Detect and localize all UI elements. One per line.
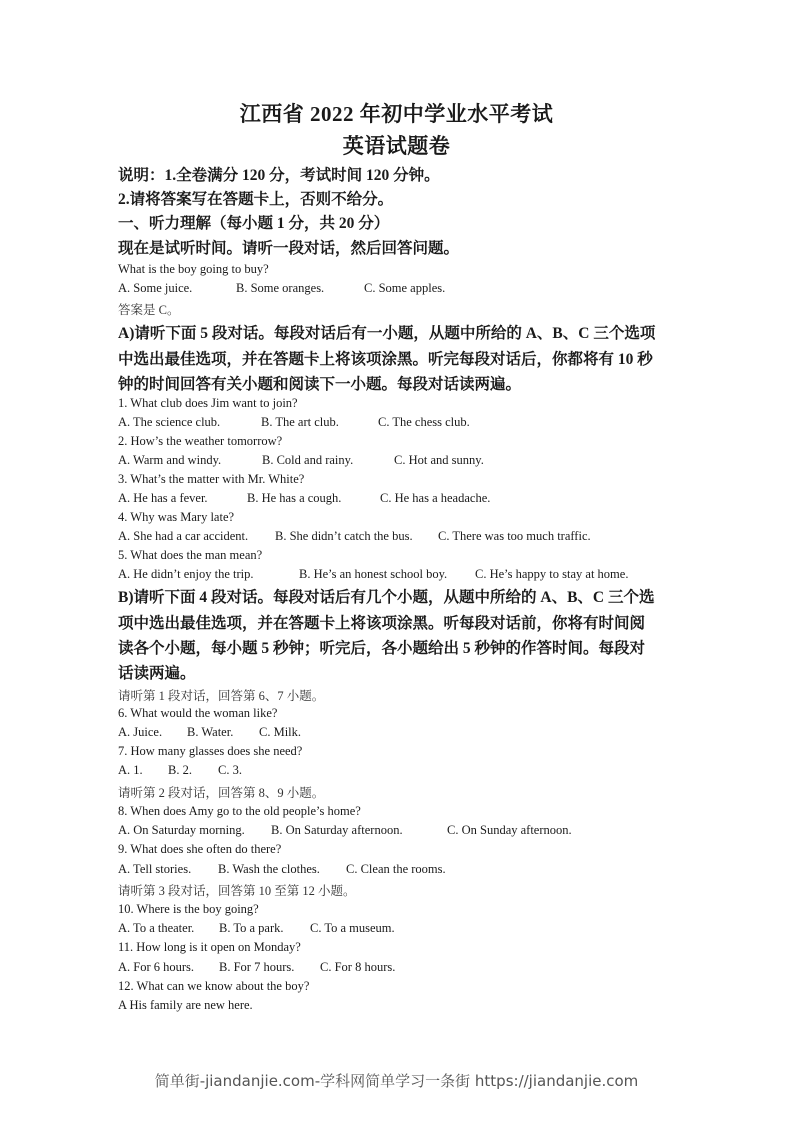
option-a: A. On Saturday morning.: [118, 823, 271, 838]
option-b: B. Wash the clothes.: [218, 862, 346, 877]
part-b-instruction-1: B)请听下面 4 段对话。每段对话后有几个小题，从题中所给的 A、B、C 三个选: [118, 585, 654, 607]
option-a: A. Juice.: [118, 725, 187, 740]
option-b: B. Cold and rainy.: [262, 453, 394, 468]
option-b: B. On Saturday afternoon.: [271, 823, 447, 838]
option-a: A. He didn’t enjoy the trip.: [118, 567, 299, 582]
question-4: 4. Why was Mary late?: [118, 510, 234, 525]
example-answer: 答案是 C。: [118, 300, 179, 318]
section-heading: 一、听力理解（每小题 1 分，共 20 分）: [118, 211, 389, 233]
example-question: What is the boy going to buy?: [118, 262, 269, 277]
option-b: B. 2.: [168, 763, 218, 778]
option-c: C. Hot and sunny.: [394, 453, 484, 468]
note-1: 说明：1.全卷满分 120 分，考试时间 120 分钟。: [118, 163, 440, 185]
exam-subtitle: 英语试题卷: [0, 130, 793, 160]
part-a-instruction-2: 中选出最佳选项，并在答题卡上将该项涂黑。听完每段对话后，你都将有 10 秒: [118, 347, 653, 369]
option-c: C. 3.: [218, 763, 242, 778]
option-c: C. The chess club.: [378, 415, 470, 430]
question-8: 8. When does Amy go to the old people’s …: [118, 804, 361, 819]
option-c: C. Clean the rooms.: [346, 862, 446, 877]
question-4-options: A. She had a car accident.B. She didn’t …: [118, 529, 591, 544]
option-a: A. Warm and windy.: [118, 453, 262, 468]
option-c: C. There was too much traffic.: [438, 529, 591, 544]
option-b: B. To a park.: [219, 921, 310, 936]
option-a: A. For 6 hours.: [118, 960, 219, 975]
option-a: A. Some juice.: [118, 281, 236, 296]
trial-instruction: 现在是试听时间。请听一段对话，然后回答问题。: [118, 236, 459, 258]
option-c: C. He has a headache.: [380, 491, 490, 506]
question-3: 3. What’s the matter with Mr. White?: [118, 472, 304, 487]
question-9-options: A. Tell stories.B. Wash the clothes.C. C…: [118, 862, 446, 877]
option-a: A. She had a car accident.: [118, 529, 275, 544]
question-10-options: A. To a theater.B. To a park.C. To a mus…: [118, 921, 395, 936]
option-c: C. To a museum.: [310, 921, 395, 936]
option-b: B. He has a cough.: [247, 491, 380, 506]
option-c: C. He’s happy to stay at home.: [475, 567, 628, 582]
option-a: A. He has a fever.: [118, 491, 247, 506]
question-9: 9. What does she often do there?: [118, 842, 281, 857]
part-a-instruction-1: A)请听下面 5 段对话。每段对话后有一小题，从题中所给的 A、B、C 三个选项: [118, 321, 655, 343]
example-options: A. Some juice.B. Some oranges.C. Some ap…: [118, 281, 445, 296]
question-2: 2. How’s the weather tomorrow?: [118, 434, 282, 449]
question-2-options: A. Warm and windy.B. Cold and rainy.C. H…: [118, 453, 484, 468]
option-c: C. For 8 hours.: [320, 960, 395, 975]
part-b-instruction-3: 读各个小题，每小题 5 秒钟；听完后，各小题给出 5 秒钟的作答时间。每段对: [118, 636, 645, 658]
question-10: 10. Where is the boy going?: [118, 902, 259, 917]
option-b: B. She didn’t catch the bus.: [275, 529, 438, 544]
option-b: B. For 7 hours.: [219, 960, 320, 975]
question-7: 7. How many glasses does she need?: [118, 744, 302, 759]
question-12-option-a: A His family are new here.: [118, 998, 253, 1013]
option-b: B. He’s an honest school boy.: [299, 567, 475, 582]
dialog-3-instruction: 请听第 3 段对话，回答第 10 至第 12 小题。: [118, 881, 356, 899]
question-3-options: A. He has a fever.B. He has a cough.C. H…: [118, 491, 490, 506]
option-c: C. Milk.: [259, 725, 301, 740]
part-b-instruction-2: 项中选出最佳选项，并在答题卡上将该项涂黑。听每段对话前，你将有时间阅: [118, 611, 645, 633]
dialog-1-instruction: 请听第 1 段对话，回答第 6、7 小题。: [118, 686, 324, 704]
dialog-2-instruction: 请听第 2 段对话，回答第 8、9 小题。: [118, 783, 324, 801]
option-a: A. The science club.: [118, 415, 261, 430]
question-5: 5. What does the man mean?: [118, 548, 262, 563]
question-8-options: A. On Saturday morning.B. On Saturday af…: [118, 823, 572, 838]
option-a: A. 1.: [118, 763, 168, 778]
part-b-instruction-4: 话读两遍。: [118, 661, 196, 683]
watermark-footer: 简单街-jiandanjie.com-学科网简单学习一条街 https://ji…: [0, 1070, 793, 1091]
question-11-options: A. For 6 hours.B. For 7 hours.C. For 8 h…: [118, 960, 395, 975]
option-b: B. Some oranges.: [236, 281, 364, 296]
question-6-options: A. Juice.B. Water.C. Milk.: [118, 725, 301, 740]
exam-title: 江西省 2022 年初中学业水平考试: [0, 98, 793, 128]
option-c: C. On Sunday afternoon.: [447, 823, 572, 838]
question-6: 6. What would the woman like?: [118, 706, 277, 721]
part-a-instruction-3: 钟的时间回答有关小题和阅读下一小题。每段对话读两遍。: [118, 372, 521, 394]
note-2: 2.请将答案写在答题卡上，否则不给分。: [118, 187, 393, 209]
option-b: B. The art club.: [261, 415, 378, 430]
option-b: B. Water.: [187, 725, 259, 740]
question-12: 12. What can we know about the boy?: [118, 979, 309, 994]
question-5-options: A. He didn’t enjoy the trip.B. He’s an h…: [118, 567, 628, 582]
question-7-options: A. 1.B. 2.C. 3.: [118, 763, 242, 778]
question-11: 11. How long is it open on Monday?: [118, 940, 301, 955]
question-1: 1. What club does Jim want to join?: [118, 396, 298, 411]
option-a: A. Tell stories.: [118, 862, 218, 877]
option-a: A. To a theater.: [118, 921, 219, 936]
question-1-options: A. The science club.B. The art club.C. T…: [118, 415, 470, 430]
option-c: C. Some apples.: [364, 281, 445, 296]
